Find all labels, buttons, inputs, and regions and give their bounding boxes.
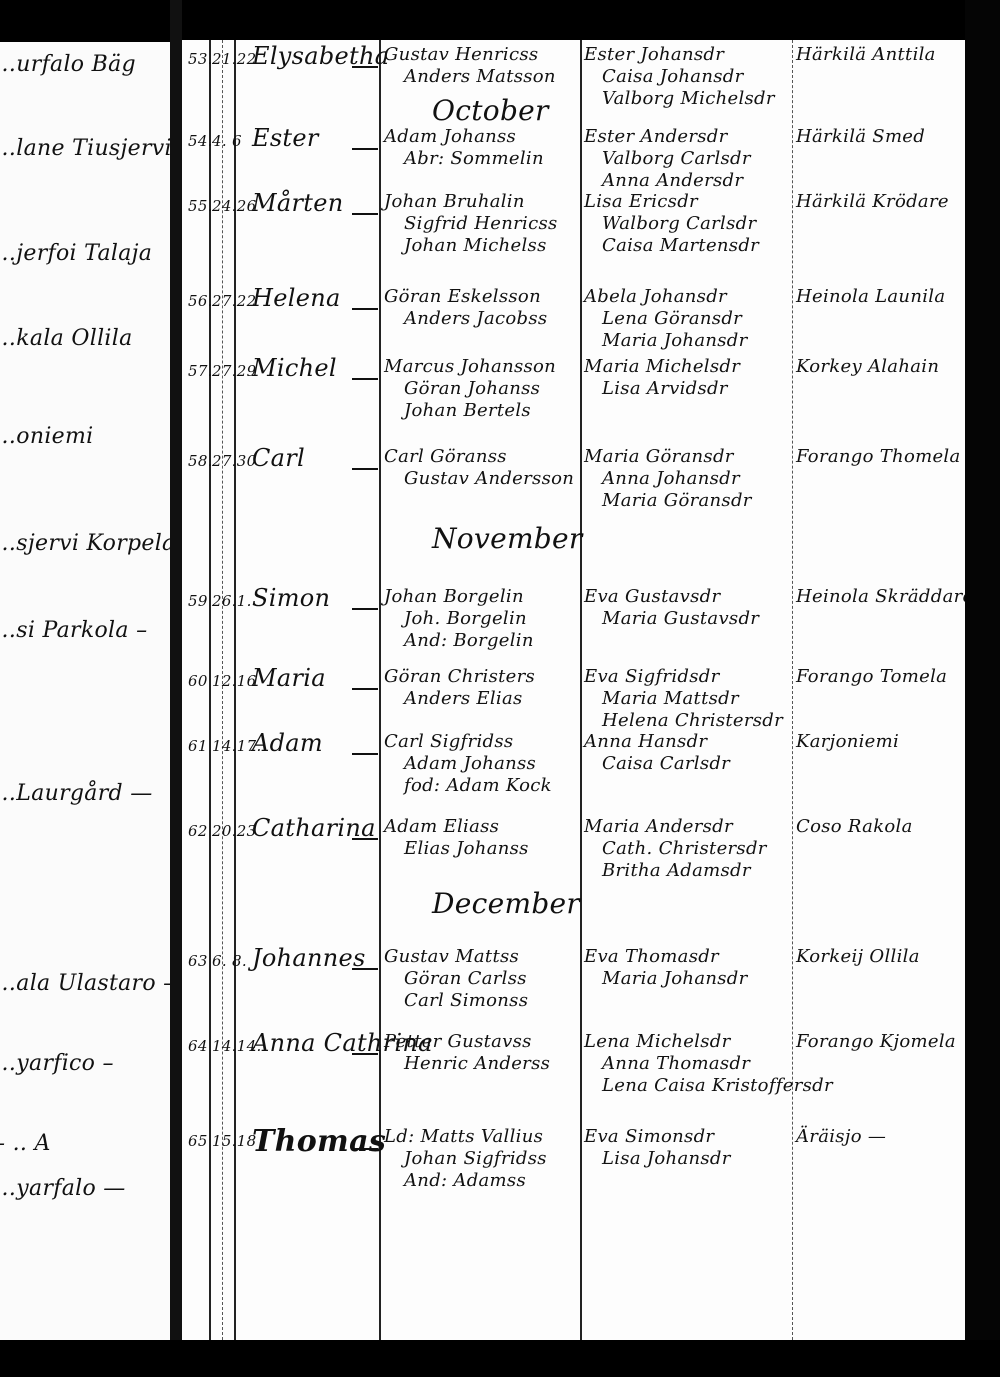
entry-dates: 20.23 <box>212 822 256 840</box>
left-page-village-text: …jerfoi Talaja <box>0 241 152 266</box>
left-page-village-text: …lane Tiusjervi <box>0 136 170 161</box>
godfather-name: Joh. Borgelin <box>404 608 527 629</box>
child-name: Ester <box>252 124 319 152</box>
godfather-name: Johan Borgelin <box>384 586 524 607</box>
godmother-name: Eva Gustavsdr <box>584 586 720 607</box>
scan-frame-right <box>965 0 1000 1377</box>
left-page-village-text: …Laurgård — <box>0 781 153 806</box>
child-name: Helena <box>252 284 341 312</box>
village-name: Äräisjo — <box>796 1126 886 1147</box>
month-heading: December <box>432 887 580 920</box>
godmother-name: Lisa Arvidsdr <box>602 378 728 399</box>
godfather-name: Adam Johanss <box>404 753 536 774</box>
left-page-village-text: …yarfalo — <box>0 1176 126 1201</box>
godfather-name: Marcus Johansson <box>384 356 556 377</box>
entry-number: 64 <box>188 1037 208 1055</box>
entry-number: 57. <box>188 362 213 380</box>
godfather-name: Petter Gustavss <box>384 1031 532 1052</box>
left-page-village-text: …kala Ollila <box>0 326 133 351</box>
entry-dates: 21.22 <box>212 50 256 68</box>
godmother-name: Lena Caisa Kristoffersdr <box>602 1075 833 1096</box>
godmother-name: Helena Christersdr <box>602 710 783 731</box>
village-name: Forango Kjomela <box>796 1031 956 1052</box>
godfather-name: Anders Elias <box>404 688 523 709</box>
column-rule-number <box>209 40 211 1340</box>
entry-dates: 12.16 <box>212 672 256 690</box>
godfather-name: Carl Simonss <box>404 990 528 1011</box>
godmother-name: Lisa Johansdr <box>602 1148 731 1169</box>
godmother-name: Maria Mattsdr <box>602 688 739 709</box>
child-dash <box>352 608 378 610</box>
village-name: Heinola Skräddare <box>796 586 965 607</box>
village-name: Forango Tomela <box>796 666 947 687</box>
column-rule-sponsors <box>580 40 582 1340</box>
village-name: Härkilä Smed <box>796 126 925 147</box>
scan-frame-bottom <box>0 1340 1000 1377</box>
left-page-village-text: …yarfico – <box>0 1051 114 1076</box>
godmother-name: Maria Johansdr <box>602 330 748 351</box>
entry-number: 53. <box>188 50 213 68</box>
godfather-name: Göran Christers <box>384 666 535 687</box>
godfather-name: Johan Bruhalin <box>384 191 525 212</box>
left-page-village-text: …urfalo Bäg <box>0 52 136 77</box>
entry-number: 54. <box>188 132 213 150</box>
child-name: Maria <box>252 664 326 692</box>
godmother-name: Lena Göransdr <box>602 308 742 329</box>
godfather-name: Anders Matsson <box>404 66 556 87</box>
child-dash <box>352 378 378 380</box>
godfather-name: Anders Jacobss <box>404 308 547 329</box>
godfather-name: Ld: Matts Vallius <box>384 1126 543 1147</box>
child-dash <box>352 688 378 690</box>
godfather-name: Gustav Mattss <box>384 946 519 967</box>
entry-number: 60 <box>188 672 208 690</box>
godmother-name: Maria Michelsdr <box>584 356 740 377</box>
godmother-name: Ester Andersdr <box>584 126 728 147</box>
entry-number: 62 <box>188 822 208 840</box>
village-name: Coso Rakola <box>796 816 913 837</box>
godmother-name: Maria Johansdr <box>602 968 748 989</box>
left-page-village-text: …ala Ulastaro – <box>0 971 170 996</box>
godfather-name: Göran Carlss <box>404 968 527 989</box>
godfather-name: Göran Johanss <box>404 378 540 399</box>
village-name: Korkey Alahain <box>796 356 939 377</box>
entry-number: 61 <box>188 737 208 755</box>
godmother-name: Eva Simonsdr <box>584 1126 714 1147</box>
godmother-name: Eva Thomasdr <box>584 946 719 967</box>
entry-dates: 27.30 <box>212 452 256 470</box>
godmother-name: Anna Johansdr <box>602 468 740 489</box>
column-rule-godmothers <box>792 40 793 1340</box>
godmother-name: Maria Göransdr <box>602 490 752 511</box>
entry-dates: 4. 6 <box>212 132 242 150</box>
child-dash <box>352 968 378 970</box>
entry-dates: 6. 8. <box>212 952 247 970</box>
godmother-name: Cath. Christersdr <box>602 838 767 859</box>
godmother-name: Lisa Ericsdr <box>584 191 698 212</box>
child-dash <box>352 308 378 310</box>
godmother-name: Anna Thomasdr <box>602 1053 750 1074</box>
godmother-name: Maria Gustavsdr <box>602 608 759 629</box>
godmother-name: Maria Göransdr <box>584 446 734 467</box>
child-dash <box>352 838 378 840</box>
child-dash <box>352 1053 378 1055</box>
godfather-name: Göran Eskelsson <box>384 286 541 307</box>
child-name: Mårten <box>252 189 343 217</box>
entry-dates: 26.1. <box>212 592 252 610</box>
godmother-name: Valborg Carlsdr <box>602 148 751 169</box>
godfather-name: Johan Bertels <box>404 400 531 421</box>
godfather-name: fod: Adam Kock <box>404 775 552 796</box>
godfather-name: Gustav Henricss <box>384 44 538 65</box>
entry-dates: 15.18 <box>212 1132 256 1150</box>
left-page-village-text: …si Parkola – <box>0 618 147 643</box>
entry-number: 58. <box>188 452 213 470</box>
register-page: OctoberNovemberDecember53.21.22Elysabeth… <box>182 40 965 1340</box>
left-page-fragment: …urfalo Bäg…lane Tiusjervi…jerfoi Talaja… <box>0 42 170 1340</box>
child-name: Thomas <box>252 1124 386 1159</box>
village-name: Korkeij Ollila <box>796 946 920 967</box>
child-name: Simon <box>252 584 330 612</box>
godfather-name: And: Adamss <box>404 1170 526 1191</box>
godmother-name: Anna Hansdr <box>584 731 707 752</box>
village-name: Karjoniemi <box>796 731 899 752</box>
book-gutter <box>170 0 182 1377</box>
child-name: Michel <box>252 354 337 382</box>
entry-number: 56. <box>188 292 213 310</box>
village-name: Härkilä Anttila <box>796 44 936 65</box>
child-dash <box>352 468 378 470</box>
village-name: Härkilä Krödare <box>796 191 949 212</box>
left-page-village-text: – .. A <box>0 1131 51 1156</box>
left-page-village-text: …sjervi Korpela <box>0 531 170 556</box>
child-dash <box>352 753 378 755</box>
month-heading: October <box>432 94 549 127</box>
godfather-name: Carl Sigfridss <box>384 731 513 752</box>
village-name: Heinola Launila <box>796 286 945 307</box>
godmother-name: Anna Andersdr <box>602 170 743 191</box>
godfather-name: Adam Johanss <box>384 126 516 147</box>
child-name: Carl <box>252 444 305 472</box>
godfather-name: And: Borgelin <box>404 630 534 651</box>
entry-dates: 24.26 <box>212 197 256 215</box>
godmother-name: Maria Andersdr <box>584 816 733 837</box>
village-name: Forango Thomela <box>796 446 961 467</box>
godfather-name: Johan Sigfridss <box>404 1148 547 1169</box>
godfather-name: Henric Anderss <box>404 1053 550 1074</box>
godfather-name: Sigfrid Henricss <box>404 213 558 234</box>
godmother-name: Walborg Carlsdr <box>602 213 756 234</box>
month-heading: November <box>432 522 583 555</box>
godfather-name: Abr: Sommelin <box>404 148 544 169</box>
godfather-name: Elias Johanss <box>404 838 529 859</box>
godmother-name: Eva Sigfridsdr <box>584 666 719 687</box>
entry-number: 65 <box>188 1132 208 1150</box>
godfather-name: Carl Göranss <box>384 446 507 467</box>
child-name: Johannes <box>252 944 366 972</box>
scan-frame-top <box>0 0 1000 42</box>
godfather-name: Johan Michelss <box>404 235 547 256</box>
child-dash <box>352 213 378 215</box>
godfather-name: Gustav Andersson <box>404 468 574 489</box>
child-dash <box>352 66 378 68</box>
entry-number: 55. <box>188 197 213 215</box>
godmother-name: Caisa Johansdr <box>602 66 744 87</box>
child-name: Adam <box>252 729 323 757</box>
godmother-name: Lena Michelsdr <box>584 1031 731 1052</box>
godmother-name: Valborg Michelsdr <box>602 88 775 109</box>
godfather-name: Adam Eliass <box>384 816 499 837</box>
entry-dates: 27.29 <box>212 362 256 380</box>
entry-number: 63 <box>188 952 208 970</box>
godmother-name: Abela Johansdr <box>584 286 727 307</box>
godmother-name: Caisa Carlsdr <box>602 753 730 774</box>
entry-number: 59 <box>188 592 208 610</box>
child-dash <box>352 1148 378 1150</box>
child-dash <box>352 148 378 150</box>
godmother-name: Britha Adamsdr <box>602 860 751 881</box>
godmother-name: Caisa Martensdr <box>602 235 759 256</box>
godmother-name: Ester Johansdr <box>584 44 724 65</box>
entry-dates: 27.22 <box>212 292 256 310</box>
left-page-village-text: …oniemi <box>0 424 93 449</box>
